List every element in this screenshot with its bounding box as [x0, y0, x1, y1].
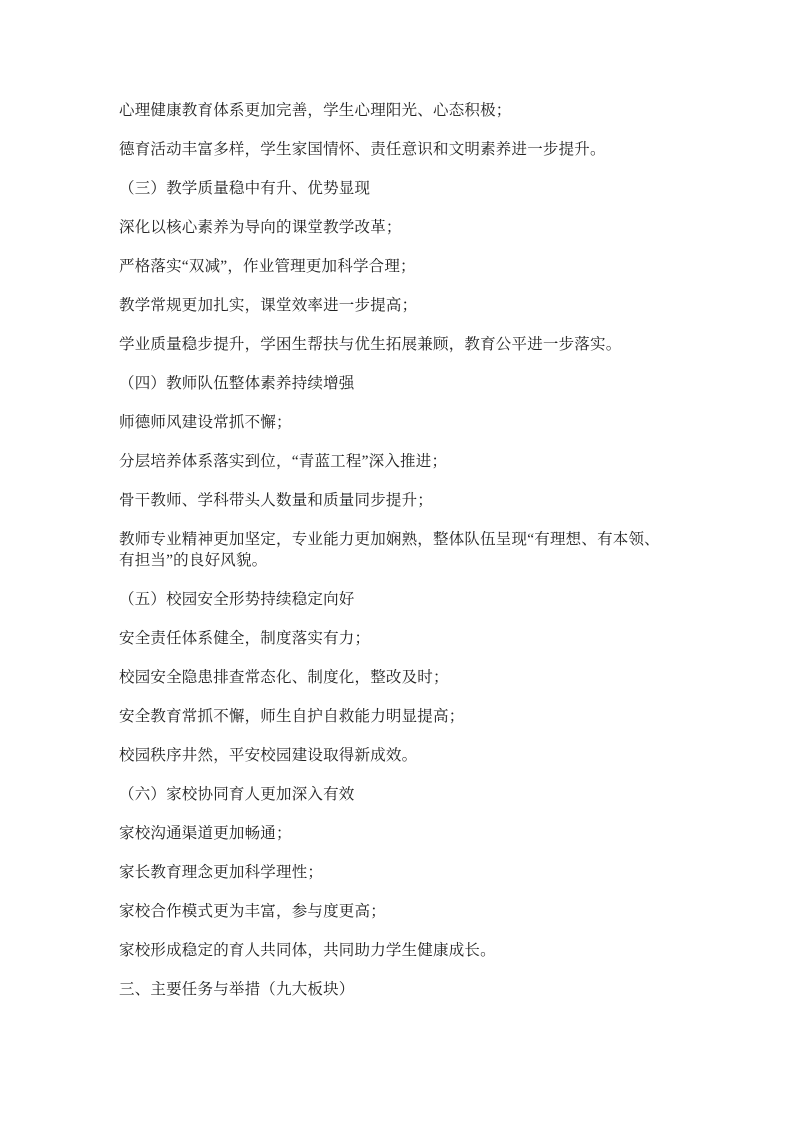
- body-paragraph: 教学常规更加扎实，课堂效率进一步提高；: [119, 295, 673, 316]
- section-heading: （三）教学质量稳中有升、优势显现: [119, 178, 673, 199]
- body-paragraph: 深化以核心素养为导向的课堂教学改革；: [119, 217, 673, 238]
- body-paragraph: 家校合作模式更为丰富，参与度更高；: [119, 901, 673, 922]
- body-paragraph: 学业质量稳步提升，学困生帮扶与优生拓展兼顾，教育公平进一步落实。: [119, 334, 673, 355]
- chapter-heading: 三、主要任务与举措（九大板块）: [119, 979, 673, 1000]
- section-heading: （六）家校协同育人更加深入有效: [119, 784, 673, 805]
- body-paragraph: 骨干教师、学科带头人数量和质量同步提升；: [119, 490, 673, 511]
- body-paragraph: 安全责任体系健全，制度落实有力；: [119, 628, 673, 649]
- body-paragraph: 家校沟通渠道更加畅通；: [119, 823, 673, 844]
- body-paragraph: 家校形成稳定的育人共同体，共同助力学生健康成长。: [119, 940, 673, 961]
- body-paragraph: 校园秩序井然，平安校园建设取得新成效。: [119, 745, 673, 766]
- body-paragraph: 教师专业精神更加坚定，专业能力更加娴熟，整体队伍呈现“有理想、有本领、有担当”的…: [119, 529, 673, 571]
- section-heading: （五）校园安全形势持续稳定向好: [119, 589, 673, 610]
- body-paragraph: 家长教育理念更加科学理性；: [119, 862, 673, 883]
- body-paragraph: 德育活动丰富多样，学生家国情怀、责任意识和文明素养进一步提升。: [119, 139, 673, 160]
- body-paragraph: 师德师风建设常抓不懈；: [119, 412, 673, 433]
- body-paragraph: 校园安全隐患排查常态化、制度化，整改及时；: [119, 667, 673, 688]
- body-paragraph: 心理健康教育体系更加完善，学生心理阳光、心态积极；: [119, 100, 673, 121]
- body-paragraph: 分层培养体系落实到位，“青蓝工程”深入推进；: [119, 451, 673, 472]
- section-heading: （四）教师队伍整体素养持续增强: [119, 373, 673, 394]
- document-page: 心理健康教育体系更加完善，学生心理阳光、心态积极；德育活动丰富多样，学生家国情怀…: [0, 0, 793, 1122]
- document-body: 心理健康教育体系更加完善，学生心理阳光、心态积极；德育活动丰富多样，学生家国情怀…: [119, 100, 673, 1018]
- body-paragraph: 严格落实“双减”，作业管理更加科学合理；: [119, 256, 673, 277]
- body-paragraph: 安全教育常抓不懈，师生自护自救能力明显提高；: [119, 706, 673, 727]
